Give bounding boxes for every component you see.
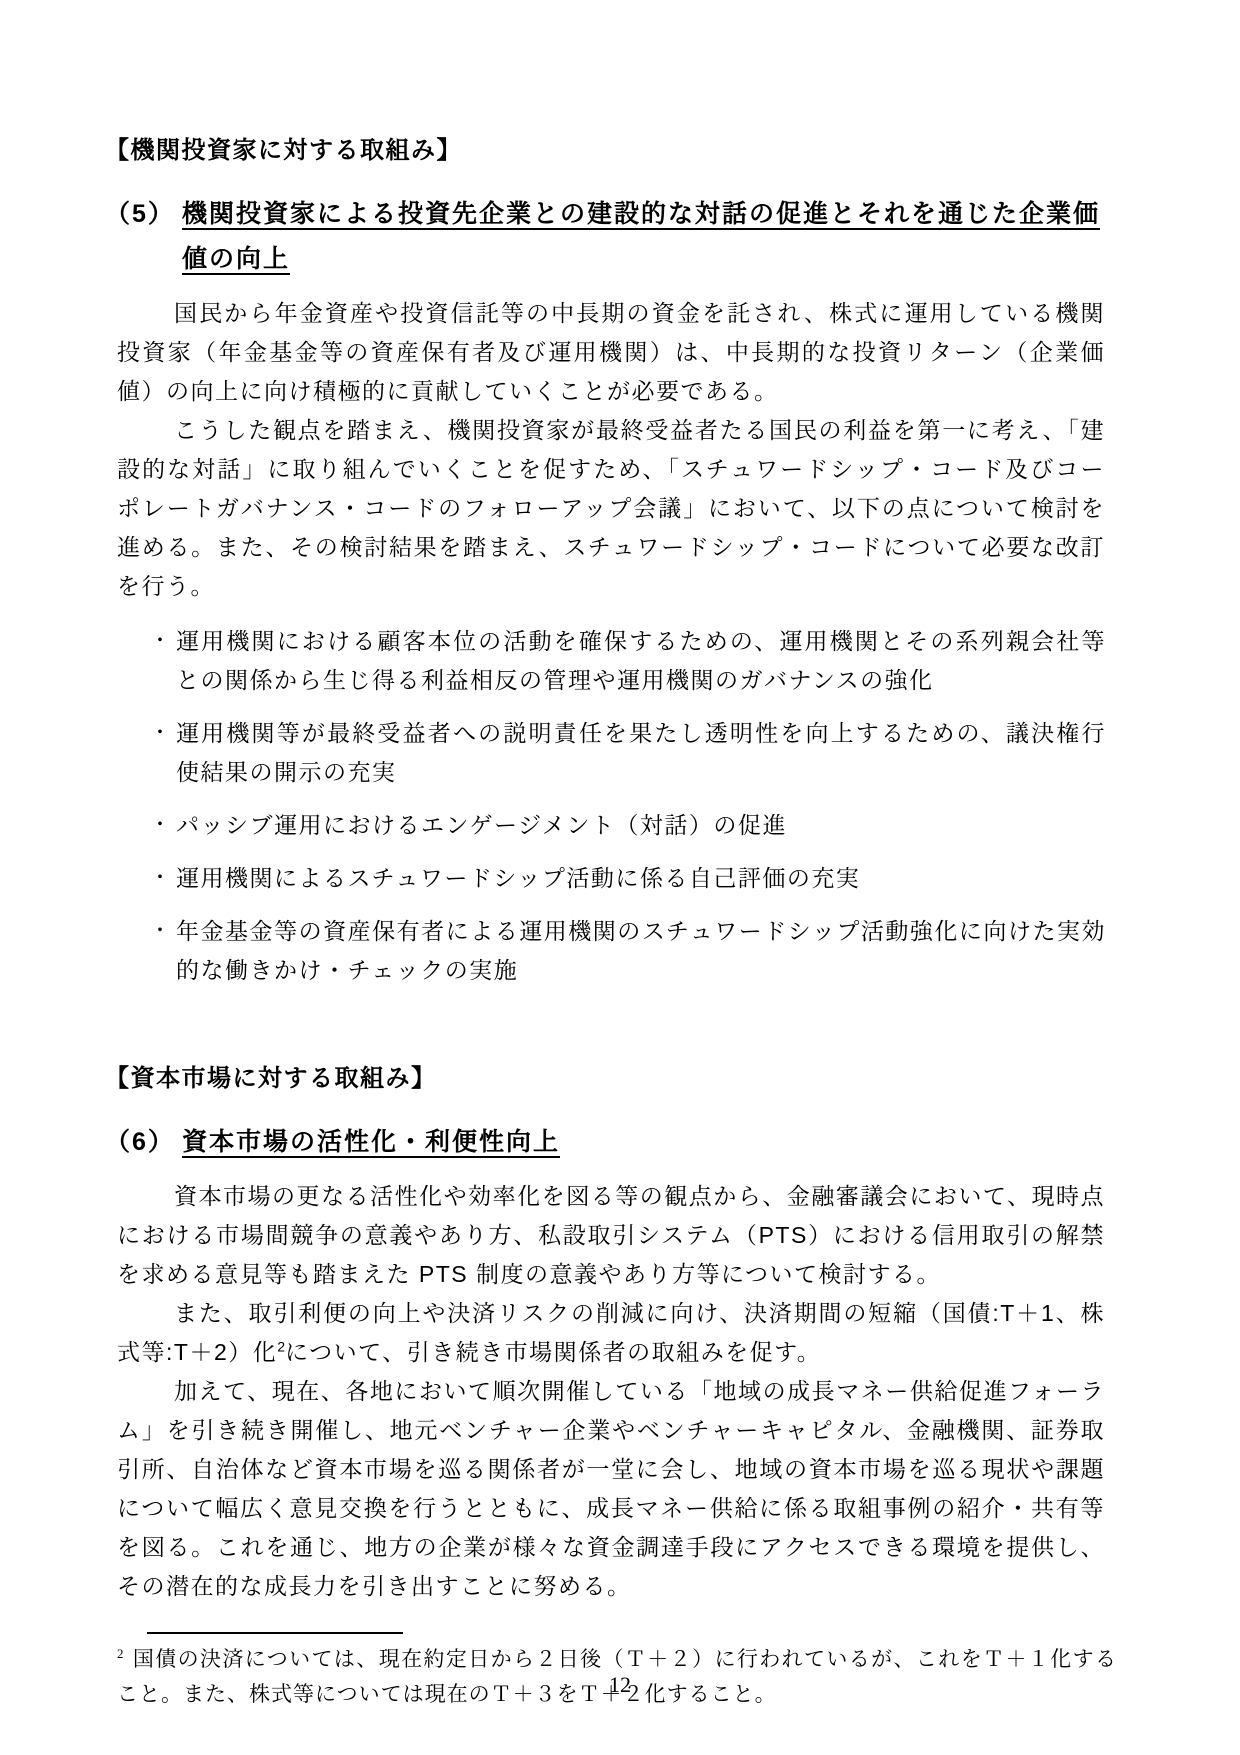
body-paragraph: 加えて、現在、各地において順次開催している「地域の成長マネー供給促進フォーラム」… — [117, 1372, 1105, 1606]
bullet-marker: ・ — [150, 714, 176, 792]
bullet-item: ・ 運用機関によるスチュワードシップ活動に係る自己評価の充実 — [150, 859, 1240, 898]
body-paragraph: こうした観点を踏まえ、機関投資家が最終受益者たる国民の利益を第一に考え、「建設的… — [117, 411, 1105, 606]
bullet-item: ・ 年金基金等の資産保有者による運用機関のスチュワードシップ活動強化に向けた実効… — [150, 912, 1240, 990]
bullet-item: ・ 運用機関等が最終受益者への説明責任を果たし透明性を向上するための、議決権行使… — [150, 714, 1240, 792]
bullet-marker: ・ — [150, 622, 176, 700]
bullet-item: ・ 運用機関における顧客本位の活動を確保するための、運用機関とその系列親会社等と… — [150, 622, 1240, 700]
bullet-item: ・ パッシブ運用におけるエンゲージメント（対話）の促進 — [150, 806, 1240, 845]
clause-6-title: 資本市場の活性化・利便性向上 — [182, 1120, 1107, 1165]
section-gap — [0, 1004, 1240, 1064]
page-number: 12 — [0, 1672, 1240, 1698]
bullet-marker: ・ — [150, 859, 176, 898]
footnote-number: 2 — [117, 1646, 125, 1661]
body-paragraph: また、取引利便の向上や決済リスクの削減に向け、決済期間の短縮（国債:T＋1、株式… — [117, 1294, 1105, 1372]
bullet-text: パッシブ運用におけるエンゲージメント（対話）の促進 — [176, 806, 1106, 845]
footnote-divider — [147, 1632, 403, 1634]
clause-5-number: （5） — [105, 192, 182, 282]
clause-5-heading: （5） 機関投資家による投資先企業との建設的な対話の促進とそれを通じた企業価値の… — [105, 192, 1240, 282]
bullet-text: 運用機関における顧客本位の活動を確保するための、運用機関とその系列親会社等との関… — [176, 622, 1106, 700]
bullet-text: 運用機関等が最終受益者への説明責任を果たし透明性を向上するための、議決権行使結果… — [176, 714, 1106, 792]
bullet-marker: ・ — [150, 806, 176, 845]
section-header-institutional-investors: 【機関投資家に対する取組み】 — [105, 136, 1240, 166]
section-header-capital-markets: 【資本市場に対する取組み】 — [105, 1064, 1240, 1094]
footnote-ref: 2 — [277, 1338, 285, 1354]
body-paragraph: 資本市場の更なる活性化や効率化を図る等の観点から、金融審議会において、現時点にお… — [117, 1177, 1105, 1294]
paragraph-text: について、引き続き市場関係者の取組みを促す。 — [285, 1339, 821, 1365]
body-paragraph: 国民から年金資産や投資信託等の中長期の資金を託され、株式に運用している機関投資家… — [117, 294, 1105, 411]
document-page: 【機関投資家に対する取組み】 （5） 機関投資家による投資先企業との建設的な対話… — [0, 0, 1240, 1755]
bullet-marker: ・ — [150, 912, 176, 990]
bullet-text: 年金基金等の資産保有者による運用機関のスチュワードシップ活動強化に向けた実効的な… — [176, 912, 1106, 990]
bullet-list: ・ 運用機関における顧客本位の活動を確保するための、運用機関とその系列親会社等と… — [0, 622, 1240, 990]
clause-5-title: 機関投資家による投資先企業との建設的な対話の促進とそれを通じた企業価値の向上 — [182, 192, 1107, 282]
clause-6-number: （6） — [105, 1120, 182, 1165]
bullet-text: 運用機関によるスチュワードシップ活動に係る自己評価の充実 — [176, 859, 1106, 898]
clause-6-heading: （6） 資本市場の活性化・利便性向上 — [105, 1120, 1240, 1165]
